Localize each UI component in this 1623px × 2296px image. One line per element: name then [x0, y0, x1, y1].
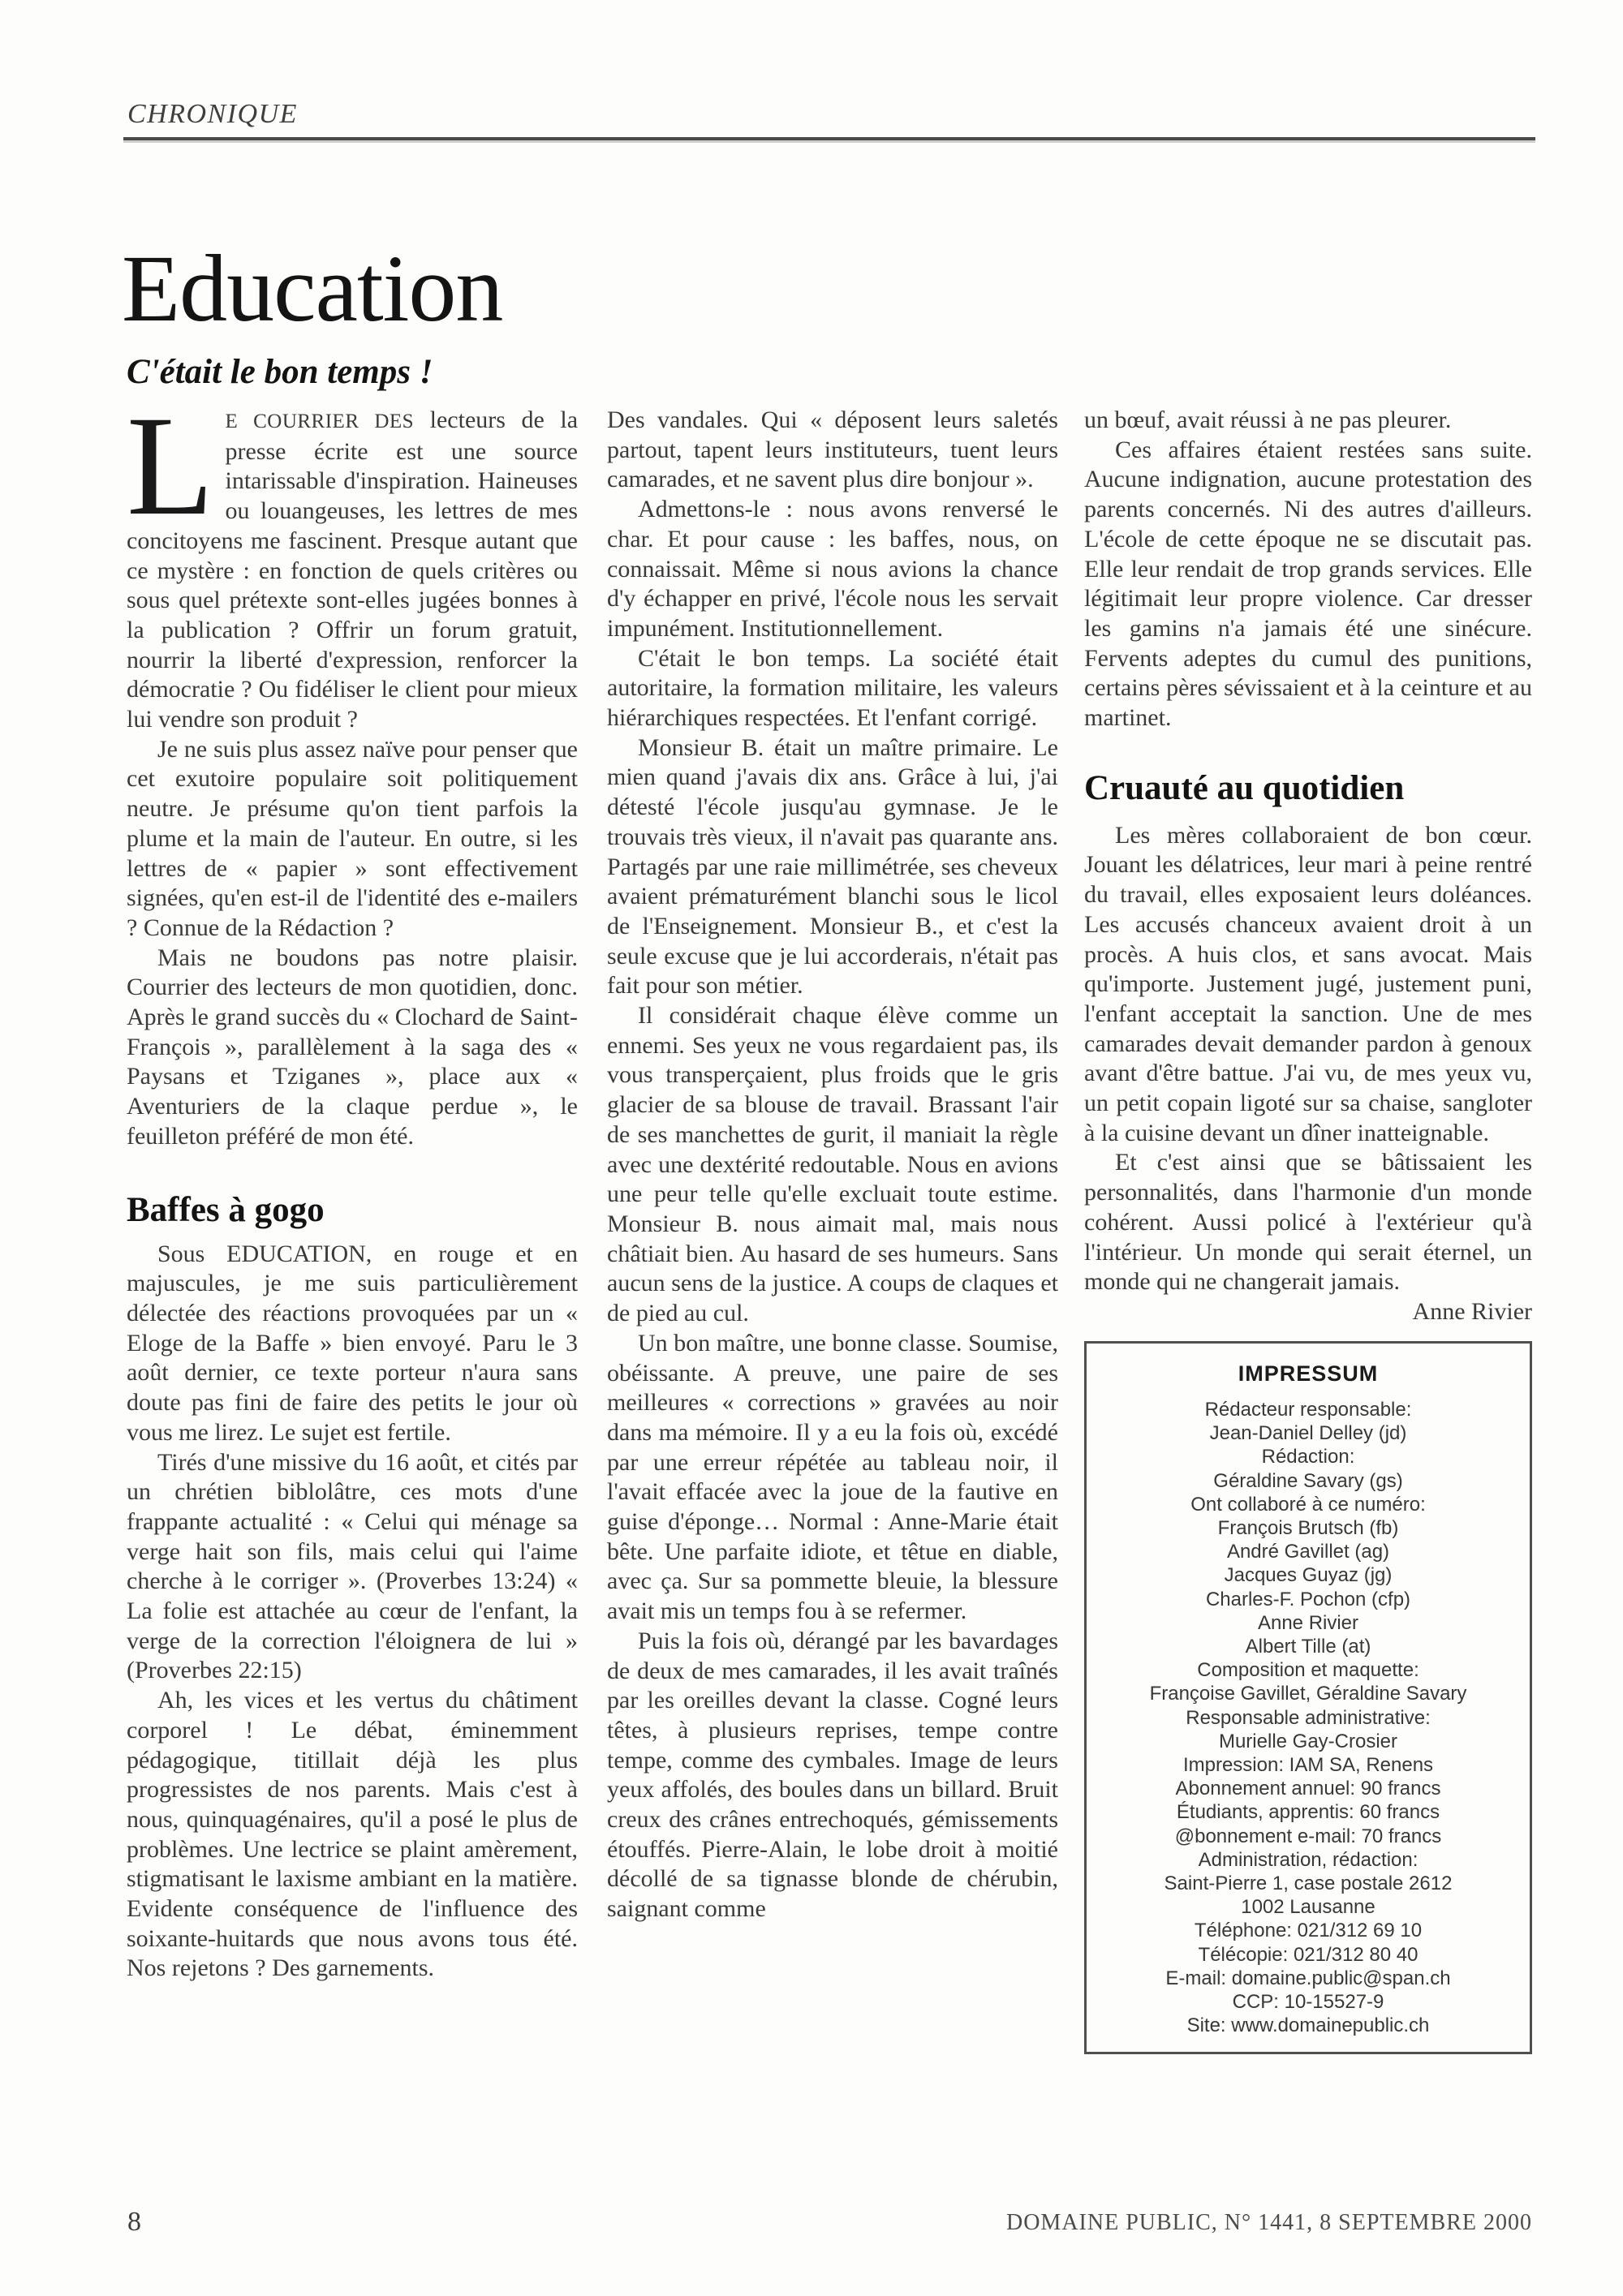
impressum-lines: Rédacteur responsable: Jean-Daniel Delle…: [1093, 1398, 1523, 2037]
impressum-line: François Brutsch (fb): [1093, 1516, 1523, 1540]
article-paragraph: Ces affaires étaient restées sans suite.…: [1084, 436, 1532, 733]
footer-issue: DOMAINE PUBLIC, N° 1441, 8 SEPTEMBRE 200…: [1006, 2210, 1532, 2236]
article-paragraph: Mais ne boudons pas notre plaisir. Courr…: [127, 944, 578, 1152]
section-heading-cruaute: Cruauté au quotidien: [1084, 769, 1532, 808]
magazine-page: CHRONIQUE Education C'était le bon temps…: [0, 0, 1623, 2296]
article-paragraph: C'était le bon temps. La société était a…: [607, 644, 1058, 733]
impressum-title: IMPRESSUM: [1093, 1361, 1523, 1387]
article-paragraph: Puis la fois où, dérangé par les bavarda…: [607, 1627, 1058, 1924]
article-paragraph: Des vandales. Qui « déposent leurs salet…: [607, 406, 1058, 495]
lead-small-caps: E COURRIER DES: [226, 411, 415, 432]
drop-cap: L: [127, 411, 214, 522]
impressum-line: Albert Tille (at): [1093, 1635, 1523, 1658]
header-rule: [123, 137, 1535, 140]
article-paragraph: Monsieur B. était un maître primaire. Le…: [607, 733, 1058, 1001]
author-byline: Anne Rivier: [1382, 1297, 1532, 1327]
impressum-line: Jacques Guyaz (jg): [1093, 1563, 1523, 1587]
article-paragraph: Il considérait chaque élève comme un enn…: [607, 1001, 1058, 1329]
impressum-line: Télécopie: 021/312 80 40: [1093, 1943, 1523, 1967]
impressum-line: Abonnement annuel: 90 francs: [1093, 1777, 1523, 1800]
footer-page-number: 8: [127, 2207, 141, 2238]
impressum-line: Responsable administrative:: [1093, 1706, 1523, 1730]
impressum-line: Ont collaboré à ce numéro:: [1093, 1493, 1523, 1516]
impressum-line: Rédacteur responsable:: [1093, 1398, 1523, 1421]
article-paragraph: Les mères collaboraient de bon cœur. Jou…: [1084, 821, 1532, 1149]
paragraph-text: Et c'est ainsi que se bâtissaient les pe…: [1084, 1149, 1532, 1295]
impressum-box: IMPRESSUM Rédacteur responsable: Jean-Da…: [1084, 1341, 1532, 2054]
impressum-line: Murielle Gay-Crosier: [1093, 1730, 1523, 1753]
impressum-line: Administration, rédaction:: [1093, 1848, 1523, 1872]
article-paragraph: Je ne suis plus assez naïve pour penser …: [127, 735, 578, 944]
impressum-line: Étudiants, apprentis: 60 francs: [1093, 1800, 1523, 1824]
impressum-line: CCP: 10-15527-9: [1093, 1990, 1523, 2014]
article-paragraph: Sous EDUCATION, en rouge et en majuscule…: [127, 1240, 578, 1448]
article-paragraph: Tirés d'une missive du 16 août, et cités…: [127, 1448, 578, 1687]
article-paragraph: Et c'est ainsi que se bâtissaient les pe…: [1084, 1148, 1532, 1297]
impressum-line: Géraldine Savary (gs): [1093, 1469, 1523, 1493]
impressum-line: Charles-F. Pochon (cfp): [1093, 1588, 1523, 1611]
impressum-line: Site: www.domainepublic.ch: [1093, 2014, 1523, 2037]
column-2: Des vandales. Qui « déposent leurs salet…: [607, 406, 1058, 1924]
impressum-line: Jean-Daniel Delley (jd): [1093, 1421, 1523, 1445]
column-3: un bœuf, avait réussi à ne pas pleurer. …: [1084, 406, 1532, 2054]
impressum-line: Impression: IAM SA, Renens: [1093, 1753, 1523, 1777]
impressum-line: Françoise Gavillet, Géraldine Savary: [1093, 1682, 1523, 1705]
impressum-line: Composition et maquette:: [1093, 1658, 1523, 1682]
article-paragraph: un bœuf, avait réussi à ne pas pleurer.: [1084, 406, 1532, 436]
impressum-line: 1002 Lausanne: [1093, 1895, 1523, 1919]
impressum-line: Anne Rivier: [1093, 1611, 1523, 1635]
section-kicker: CHRONIQUE: [127, 99, 298, 130]
impressum-line: Téléphone: 021/312 69 10: [1093, 1919, 1523, 1942]
article-paragraph: LE COURRIER DES lecteurs de la presse éc…: [127, 406, 578, 735]
article-paragraph: Ah, les vices et les vertus du châtiment…: [127, 1686, 578, 1984]
impressum-line: André Gavillet (ag): [1093, 1540, 1523, 1563]
article-subtitle: C'était le bon temps !: [127, 352, 578, 393]
article-paragraph: Un bon maître, une bonne classe. Soumise…: [607, 1329, 1058, 1627]
article-paragraph: Admettons-le : nous avons renversé le ch…: [607, 495, 1058, 644]
section-heading-baffes: Baffes à gogo: [127, 1191, 578, 1230]
impressum-line: E-mail: domaine.public@span.ch: [1093, 1967, 1523, 1990]
impressum-line: Saint-Pierre 1, case postale 2612: [1093, 1872, 1523, 1895]
article-title: Education: [122, 241, 502, 337]
column-1: C'était le bon temps ! LE COURRIER DES l…: [127, 352, 578, 1984]
impressum-line: @bonnement e-mail: 70 francs: [1093, 1825, 1523, 1848]
impressum-line: Rédaction:: [1093, 1445, 1523, 1468]
